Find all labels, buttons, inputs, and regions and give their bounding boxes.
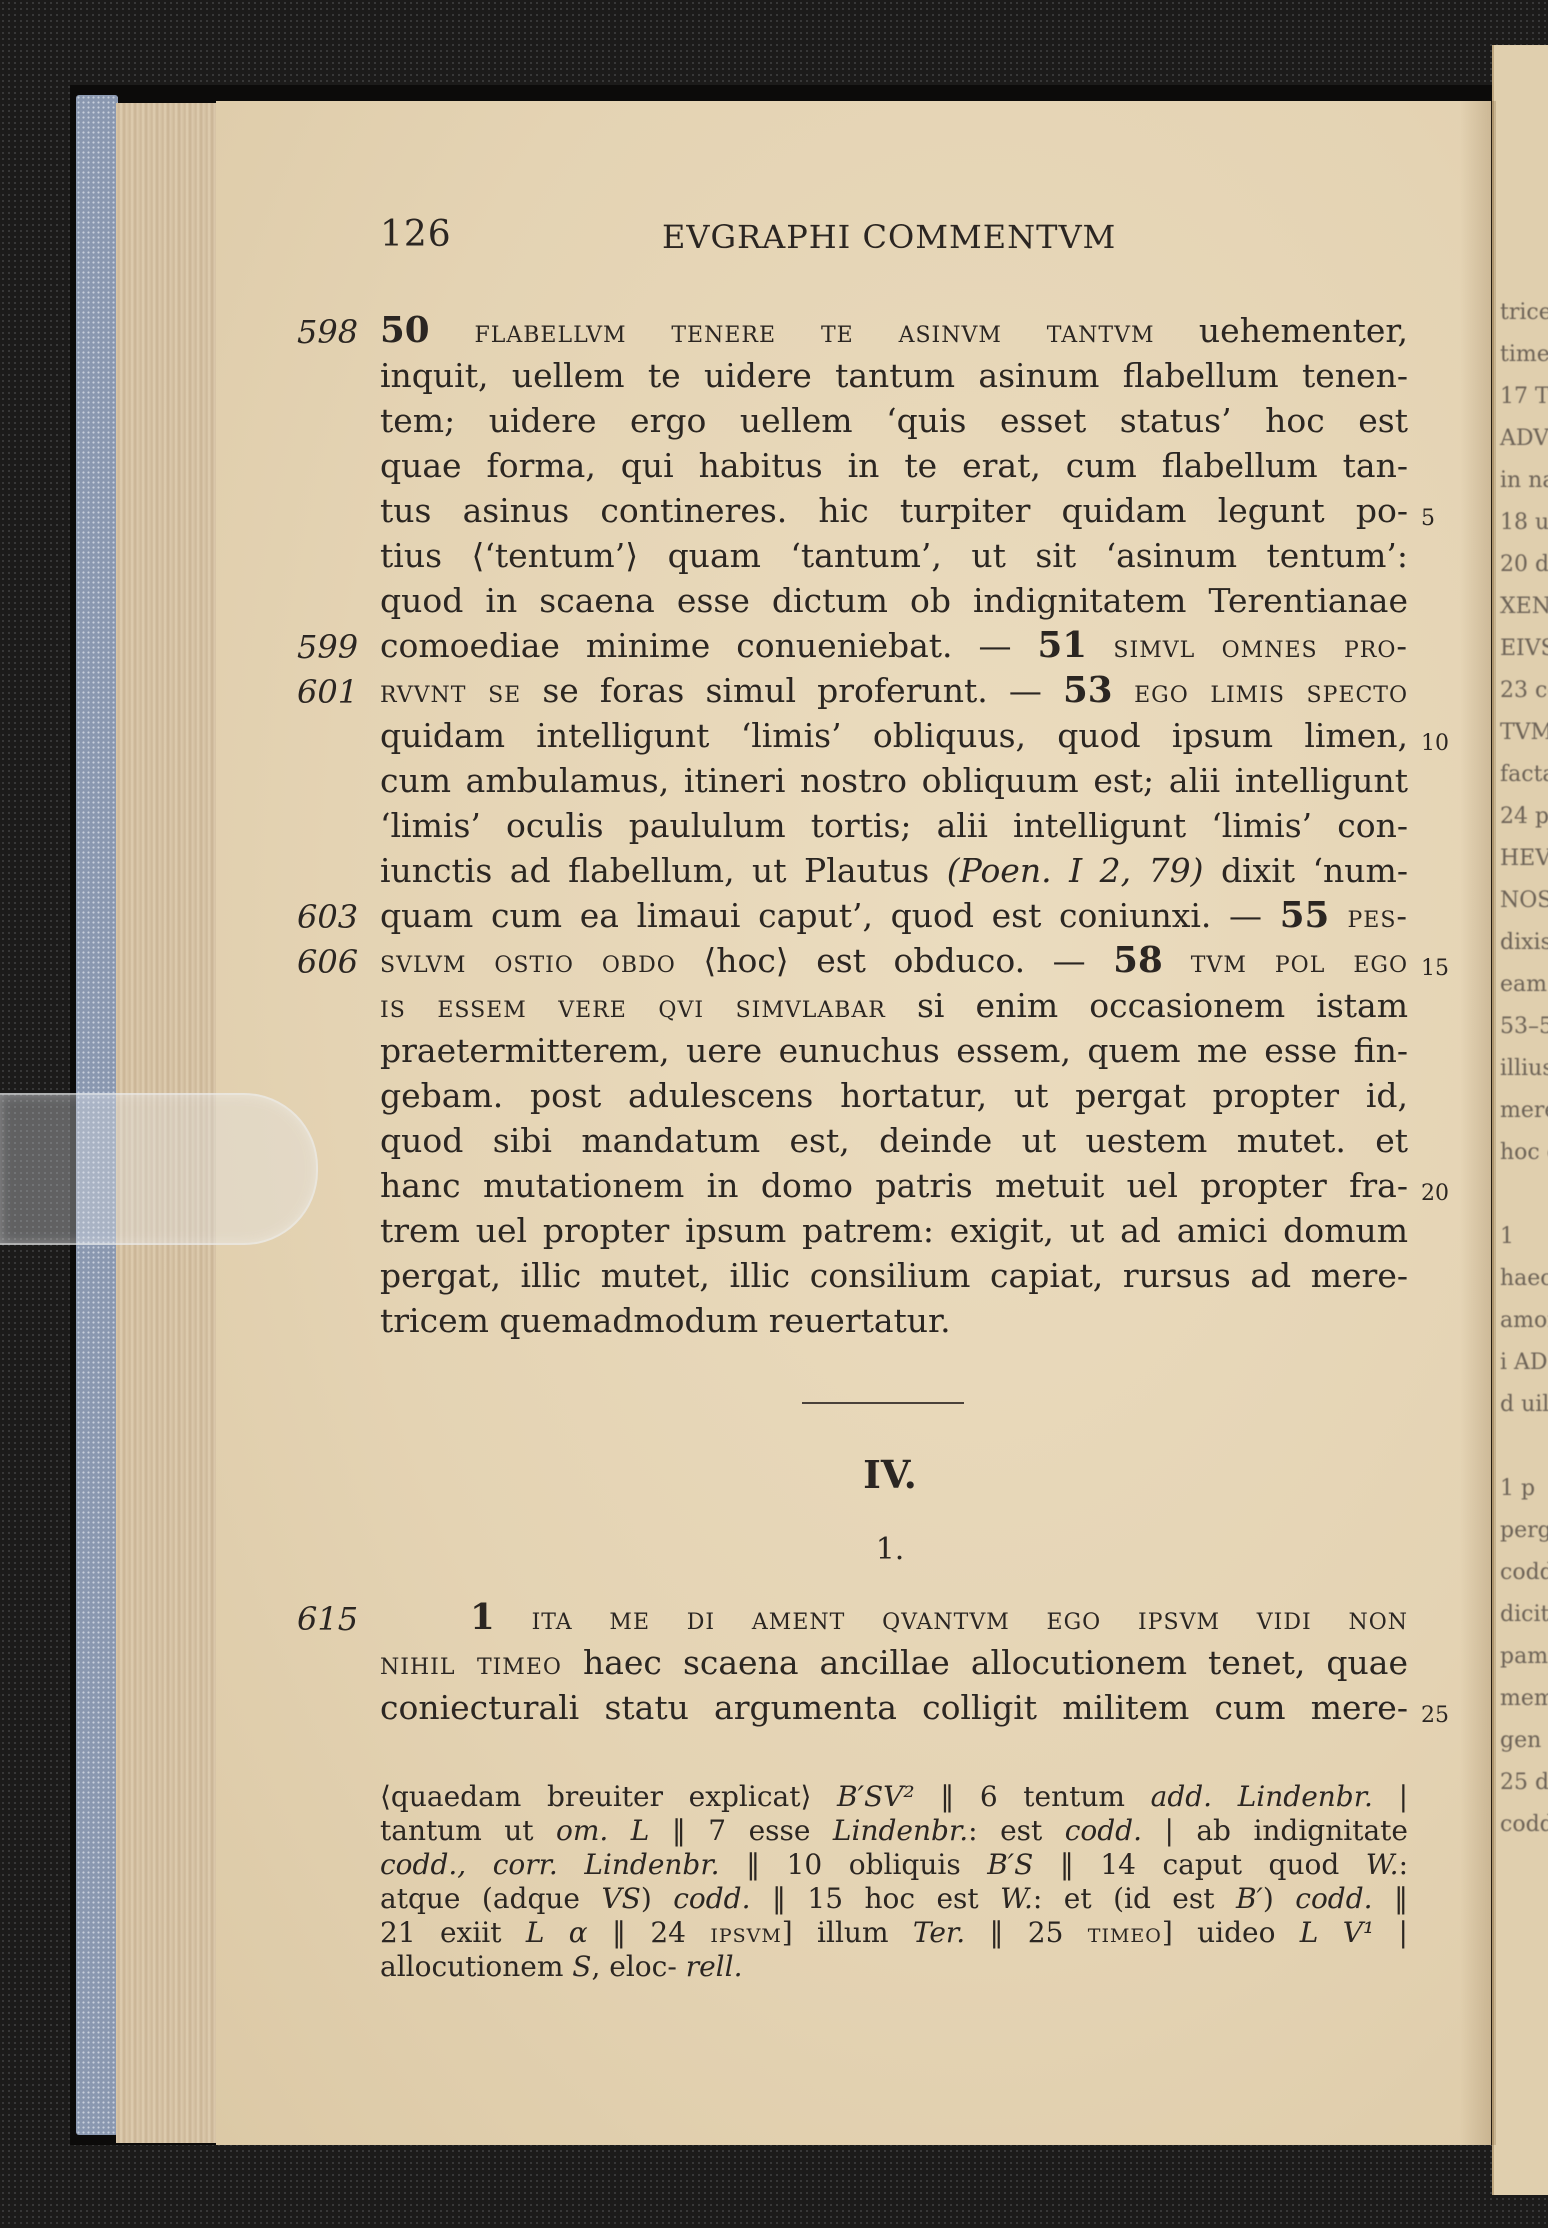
verse-number: 599 [297, 625, 358, 670]
text-run: W. [1366, 1848, 1399, 1881]
body-line: quod in scaena esse dictum ob indignitat… [380, 578, 1408, 623]
lemma-text: pes- [1329, 899, 1408, 935]
line-number: 15 [1421, 946, 1449, 991]
verse-number: 601 [297, 670, 358, 715]
text-run: tus asinus contineres. hic turpiter quid… [380, 491, 1408, 530]
text-run: quae forma, qui habitus in te erat, cum … [380, 446, 1408, 485]
body-line: quod sibi mandatum est, deinde ut uestem… [380, 1118, 1408, 1163]
text-run: allocutionem [380, 1950, 572, 1983]
text-run: : est [968, 1814, 1065, 1847]
facing-page-fragment: hoc est [1500, 1140, 1548, 1165]
body-line: praetermitterem, uere eunuchus essem, qu… [380, 1028, 1408, 1073]
facing-page-fragment: facta u [1500, 762, 1548, 787]
body-line: quae forma, qui habitus in te erat, cum … [380, 443, 1408, 488]
text-run: om. L [556, 1814, 649, 1847]
body-line: quidam intelligunt ‘limis’ obliquus, quo… [380, 713, 1408, 758]
footnotes-line: 21 exiit L α ‖ 24 ipsvm] illum Ter. ‖ 25… [380, 1916, 1408, 1951]
facing-page-sliver: tricetimere17 ThaideADVENin na18 ueniam2… [1492, 45, 1548, 2195]
facing-page-fragment: 20 deinde [1500, 552, 1548, 577]
text-run: ) [641, 1882, 673, 1915]
text-run: (Poen. I 2, 79) [947, 851, 1204, 890]
body-line: hanc mutationem in domo patris metuit ue… [380, 1163, 1408, 1208]
facing-page-fragment: 23 conclud [1500, 678, 1548, 703]
text-run: ] uideo [1162, 1916, 1300, 1949]
text-run: cum ambulamus, itineri nostro obliquum e… [380, 761, 1408, 800]
text-run: B′ [1236, 1882, 1263, 1915]
page-gutter-shadow [1460, 101, 1496, 2145]
lemma-text: ita me di ament qvantvm ego ipsvm vidi n… [495, 1601, 1408, 1637]
text-run: iunctis ad flabellum, ut Plautus [380, 851, 947, 890]
lemma-text: tvm pol ego [1163, 944, 1408, 980]
facing-page-fragment: d uilla [1500, 1392, 1548, 1417]
facing-page-fragment: gen FG [1500, 1728, 1548, 1753]
facing-page-fragment: timere [1500, 342, 1548, 367]
facing-page-fragment: 1 [1500, 1224, 1514, 1249]
text-run: quod in scaena esse dictum ob indignitat… [380, 581, 1408, 620]
facing-page-fragment: 53–54 [1500, 1014, 1548, 1039]
section-line: coniecturali statu argumenta colligit mi… [380, 1685, 1408, 1730]
footnotes-line: tantum ut om. L ‖ 7 esse Lindenbr.: est … [380, 1814, 1408, 1848]
text-run: ‖ 6 tentum [915, 1780, 1151, 1813]
section-separator-rule [802, 1402, 964, 1404]
body-line: rvvnt se se foras simul proferunt. — 53 … [380, 668, 1408, 715]
text-run: L V¹ [1300, 1916, 1374, 1949]
text-run: coniecturali statu argumenta colligit mi… [380, 1688, 1408, 1727]
body-line: inquit, uellem te uidere tantum asinum f… [380, 353, 1408, 398]
facing-page-fragment: ADVEN [1500, 426, 1548, 451]
text-run: ‖ 24 [588, 1916, 711, 1949]
section-line: nihil timeo haec scaena ancillae allocut… [380, 1640, 1408, 1687]
lemma-text: simvl omnes pro- [1087, 629, 1408, 665]
facing-page-fragment: codd. | [1500, 1812, 1548, 1837]
lemma-number: 58 [1113, 940, 1163, 981]
facing-page-fragment: XENDI [1500, 594, 1548, 619]
facing-page-fragment: 17 Thaide [1500, 384, 1548, 409]
body-line: svlvm ostio obdo ⟨hoc⟩ est obduco. — 58 … [380, 938, 1408, 985]
lemma-text: ego limis specto [1113, 674, 1409, 710]
body-line: gebam. post adulescens hortatur, ut perg… [380, 1073, 1408, 1118]
running-title: EVGRAPHI COMMENTVM [662, 218, 1116, 256]
text-run: codd. [673, 1882, 750, 1915]
text-run: | [1373, 1780, 1408, 1813]
text-run: VS [601, 1882, 640, 1915]
text-run: quod sibi mandatum est, deinde ut uestem… [380, 1121, 1408, 1160]
facing-page-fragment: i AD I [1500, 1350, 1548, 1375]
facing-page-fragment: TVM A [1500, 720, 1548, 745]
facing-page-fragment: NOS. D [1500, 888, 1548, 913]
text-run: ‖ [1373, 1882, 1408, 1915]
facing-page-fragment: meretrix [1500, 1098, 1548, 1123]
body-line: comoediae minime conueniebat. — 51 simvl… [380, 623, 1408, 670]
text-run: ) [1263, 1882, 1295, 1915]
lemma-number: 51 [1037, 625, 1087, 666]
text-run: ⟨hoc⟩ est obduco. — [676, 941, 1113, 980]
footnotes-line: atque (adque VS) codd. ‖ 15 hoc est W.: … [380, 1882, 1408, 1916]
facing-page-fragment: EIVS D [1500, 636, 1548, 661]
lemma-number: 1 [470, 1597, 495, 1638]
lemma-text: flabellvm tenere te asinvm tantvm [430, 314, 1155, 350]
text-run: atque (adque [380, 1882, 601, 1915]
verse-number: 615 [297, 1597, 358, 1642]
lemma-text: ipsvm [710, 1918, 781, 1949]
text-run: L α [526, 1916, 588, 1949]
text-run: ‖ 25 [965, 1916, 1088, 1949]
text-run: : [1399, 1848, 1408, 1881]
text-run: inquit, uellem te uidere tantum asinum f… [380, 356, 1408, 395]
text-run: B′SV² [837, 1780, 915, 1813]
text-run: quidam intelligunt ‘limis’ obliquus, quo… [380, 716, 1408, 755]
text-run: : et (id est [1033, 1882, 1236, 1915]
text-run: quam cum ea limaui caput’, quod est coni… [380, 896, 1280, 935]
text-run: | ab indignitate [1142, 1814, 1408, 1847]
text-run: Ter. [913, 1916, 965, 1949]
text-run: add. Lindenbr. [1151, 1780, 1373, 1813]
text-run: ‘limis’ oculis paululum tortis; alii int… [380, 806, 1408, 845]
text-run: ] illum [782, 1916, 913, 1949]
text-run: Lindenbr. [833, 1814, 968, 1847]
body-line: tius ⟨‘tentum’⟩ quam ‘tantum’, ut sit ‘a… [380, 533, 1408, 578]
text-run: codd. [1295, 1882, 1372, 1915]
facing-page-fragment: dixisset [1500, 930, 1548, 955]
text-run: tius ⟨‘tentum’⟩ quam ‘tantum’, ut sit ‘a… [380, 536, 1408, 575]
text-run: W. [1000, 1882, 1033, 1915]
text-run: tem; uidere ergo uellem ‘quis esset stat… [380, 401, 1408, 440]
text-run: gebam. post adulescens hortatur, ut perg… [380, 1076, 1408, 1115]
facing-page-fragment: 24 ponit 1 [1500, 804, 1548, 829]
body-line: is essem vere qvi simvlabar si enim occa… [380, 983, 1408, 1030]
text-run: haec scaena ancillae allocutionem tenet,… [562, 1643, 1408, 1682]
body-line: tricem quemadmodum reuertatur. [380, 1298, 1408, 1343]
body-line: tus asinus contineres. hic turpiter quid… [380, 488, 1408, 533]
page-holder-clip [0, 1093, 318, 1245]
text-run: 21 exiit [380, 1916, 526, 1949]
body-line: tem; uidere ergo uellem ‘quis esset stat… [380, 398, 1408, 443]
lemma-number: 55 [1280, 895, 1330, 936]
text-run: ‖ 15 hoc est [751, 1882, 1001, 1915]
line-number: 10 [1421, 721, 1449, 766]
act-heading: IV. [0, 1452, 1548, 1497]
text-run: dixit ‘num- [1203, 851, 1408, 890]
text-run: si enim occasionem istam [886, 986, 1408, 1025]
text-run: comoediae minime conueniebat. — [380, 626, 1037, 665]
text-run: , eloc- [591, 1950, 685, 1983]
facing-page-fragment: memor [1500, 1686, 1548, 1711]
facing-page-fragment: 25 dene [1500, 1770, 1548, 1795]
text-run: pergat, illic mutet, illic consilium cap… [380, 1256, 1408, 1295]
line-number: 20 [1421, 1171, 1449, 1216]
page-number: 126 [380, 214, 452, 255]
text-run: trem uel propter ipsum patrem: exigit, u… [380, 1211, 1408, 1250]
body-line: pergat, illic mutet, illic consilium cap… [380, 1253, 1408, 1298]
line-number: 25 [1421, 1693, 1449, 1738]
body-line: ‘limis’ oculis paululum tortis; alii int… [380, 803, 1408, 848]
text-run: codd. [1065, 1814, 1142, 1847]
facing-page-fragment: 18 ueniam [1500, 510, 1548, 535]
verse-number: 606 [297, 940, 358, 985]
text-run: praetermitterem, uere eunuchus essem, qu… [380, 1031, 1408, 1070]
body-line: trem uel propter ipsum patrem: exigit, u… [380, 1208, 1408, 1253]
text-run: hanc mutationem in domo patris metuit ue… [380, 1166, 1408, 1205]
section-line: 1 ita me di ament qvantvm ego ipsvm vidi… [470, 1595, 1408, 1642]
facing-page-fragment: HEVS D [1500, 846, 1548, 871]
body-line: cum ambulamus, itineri nostro obliquum e… [380, 758, 1408, 803]
body-line: iunctis ad flabellum, ut Plautus (Poen. … [380, 848, 1408, 893]
text-run: ‖ 14 caput quod [1033, 1848, 1365, 1881]
text-run: ⟨quaedam breuiter explicat⟩ [380, 1780, 837, 1813]
text-run: ‖ 10 obliquis [720, 1848, 988, 1881]
lemma-text: rvvnt se [380, 674, 521, 710]
lemma-text: svlvm ostio obdo [380, 944, 676, 980]
facing-page-fragment: in na [1500, 468, 1548, 493]
footnotes-line: ⟨quaedam breuiter explicat⟩ B′SV² ‖ 6 te… [380, 1780, 1408, 1814]
lemma-text: timeo [1088, 1918, 1162, 1949]
facing-page-fragment: eam me [1500, 972, 1548, 997]
facing-page-fragment: illius fo [1500, 1056, 1548, 1081]
facing-page-fragment: pamphil [1500, 1644, 1548, 1669]
verse-number: 598 [297, 310, 358, 355]
lemma-text: is essem vere qvi simvlabar [380, 989, 886, 1025]
scene-heading: 1. [0, 1532, 1548, 1567]
text-run: rell. [686, 1950, 743, 1983]
text-run: tantum ut [380, 1814, 556, 1847]
footnotes-line: allocutionem S, eloc- rell. [380, 1950, 1408, 1984]
body-line: 50 flabellvm tenere te asinvm tantvm ueh… [380, 308, 1408, 355]
verse-number: 603 [297, 895, 358, 940]
text-run: uehementer, [1155, 311, 1409, 350]
text-run: | [1374, 1916, 1408, 1949]
body-line: quam cum ea limaui caput’, quod est coni… [380, 893, 1408, 940]
text-run: B′S [987, 1848, 1033, 1881]
facing-page-fragment: haec sc [1500, 1266, 1548, 1291]
footnotes-line: codd., corr. Lindenbr. ‖ 10 obliquis B′S… [380, 1848, 1408, 1882]
lemma-text: nihil timeo [380, 1646, 562, 1682]
facing-page-fragment: dicit L [1500, 1602, 1548, 1627]
facing-page-fragment: trice [1500, 300, 1548, 325]
text-run: tricem quemadmodum reuertatur. [380, 1301, 951, 1340]
text-run: codd., corr. Lindenbr. [380, 1848, 720, 1881]
lemma-number: 50 [380, 310, 430, 351]
text-run: ‖ 7 esse [649, 1814, 833, 1847]
text-run: se foras simul proferunt. — [521, 671, 1063, 710]
text-run: S [572, 1950, 591, 1983]
line-number: 5 [1421, 496, 1435, 541]
lemma-number: 53 [1063, 670, 1113, 711]
facing-page-fragment: amore [1500, 1308, 1548, 1333]
